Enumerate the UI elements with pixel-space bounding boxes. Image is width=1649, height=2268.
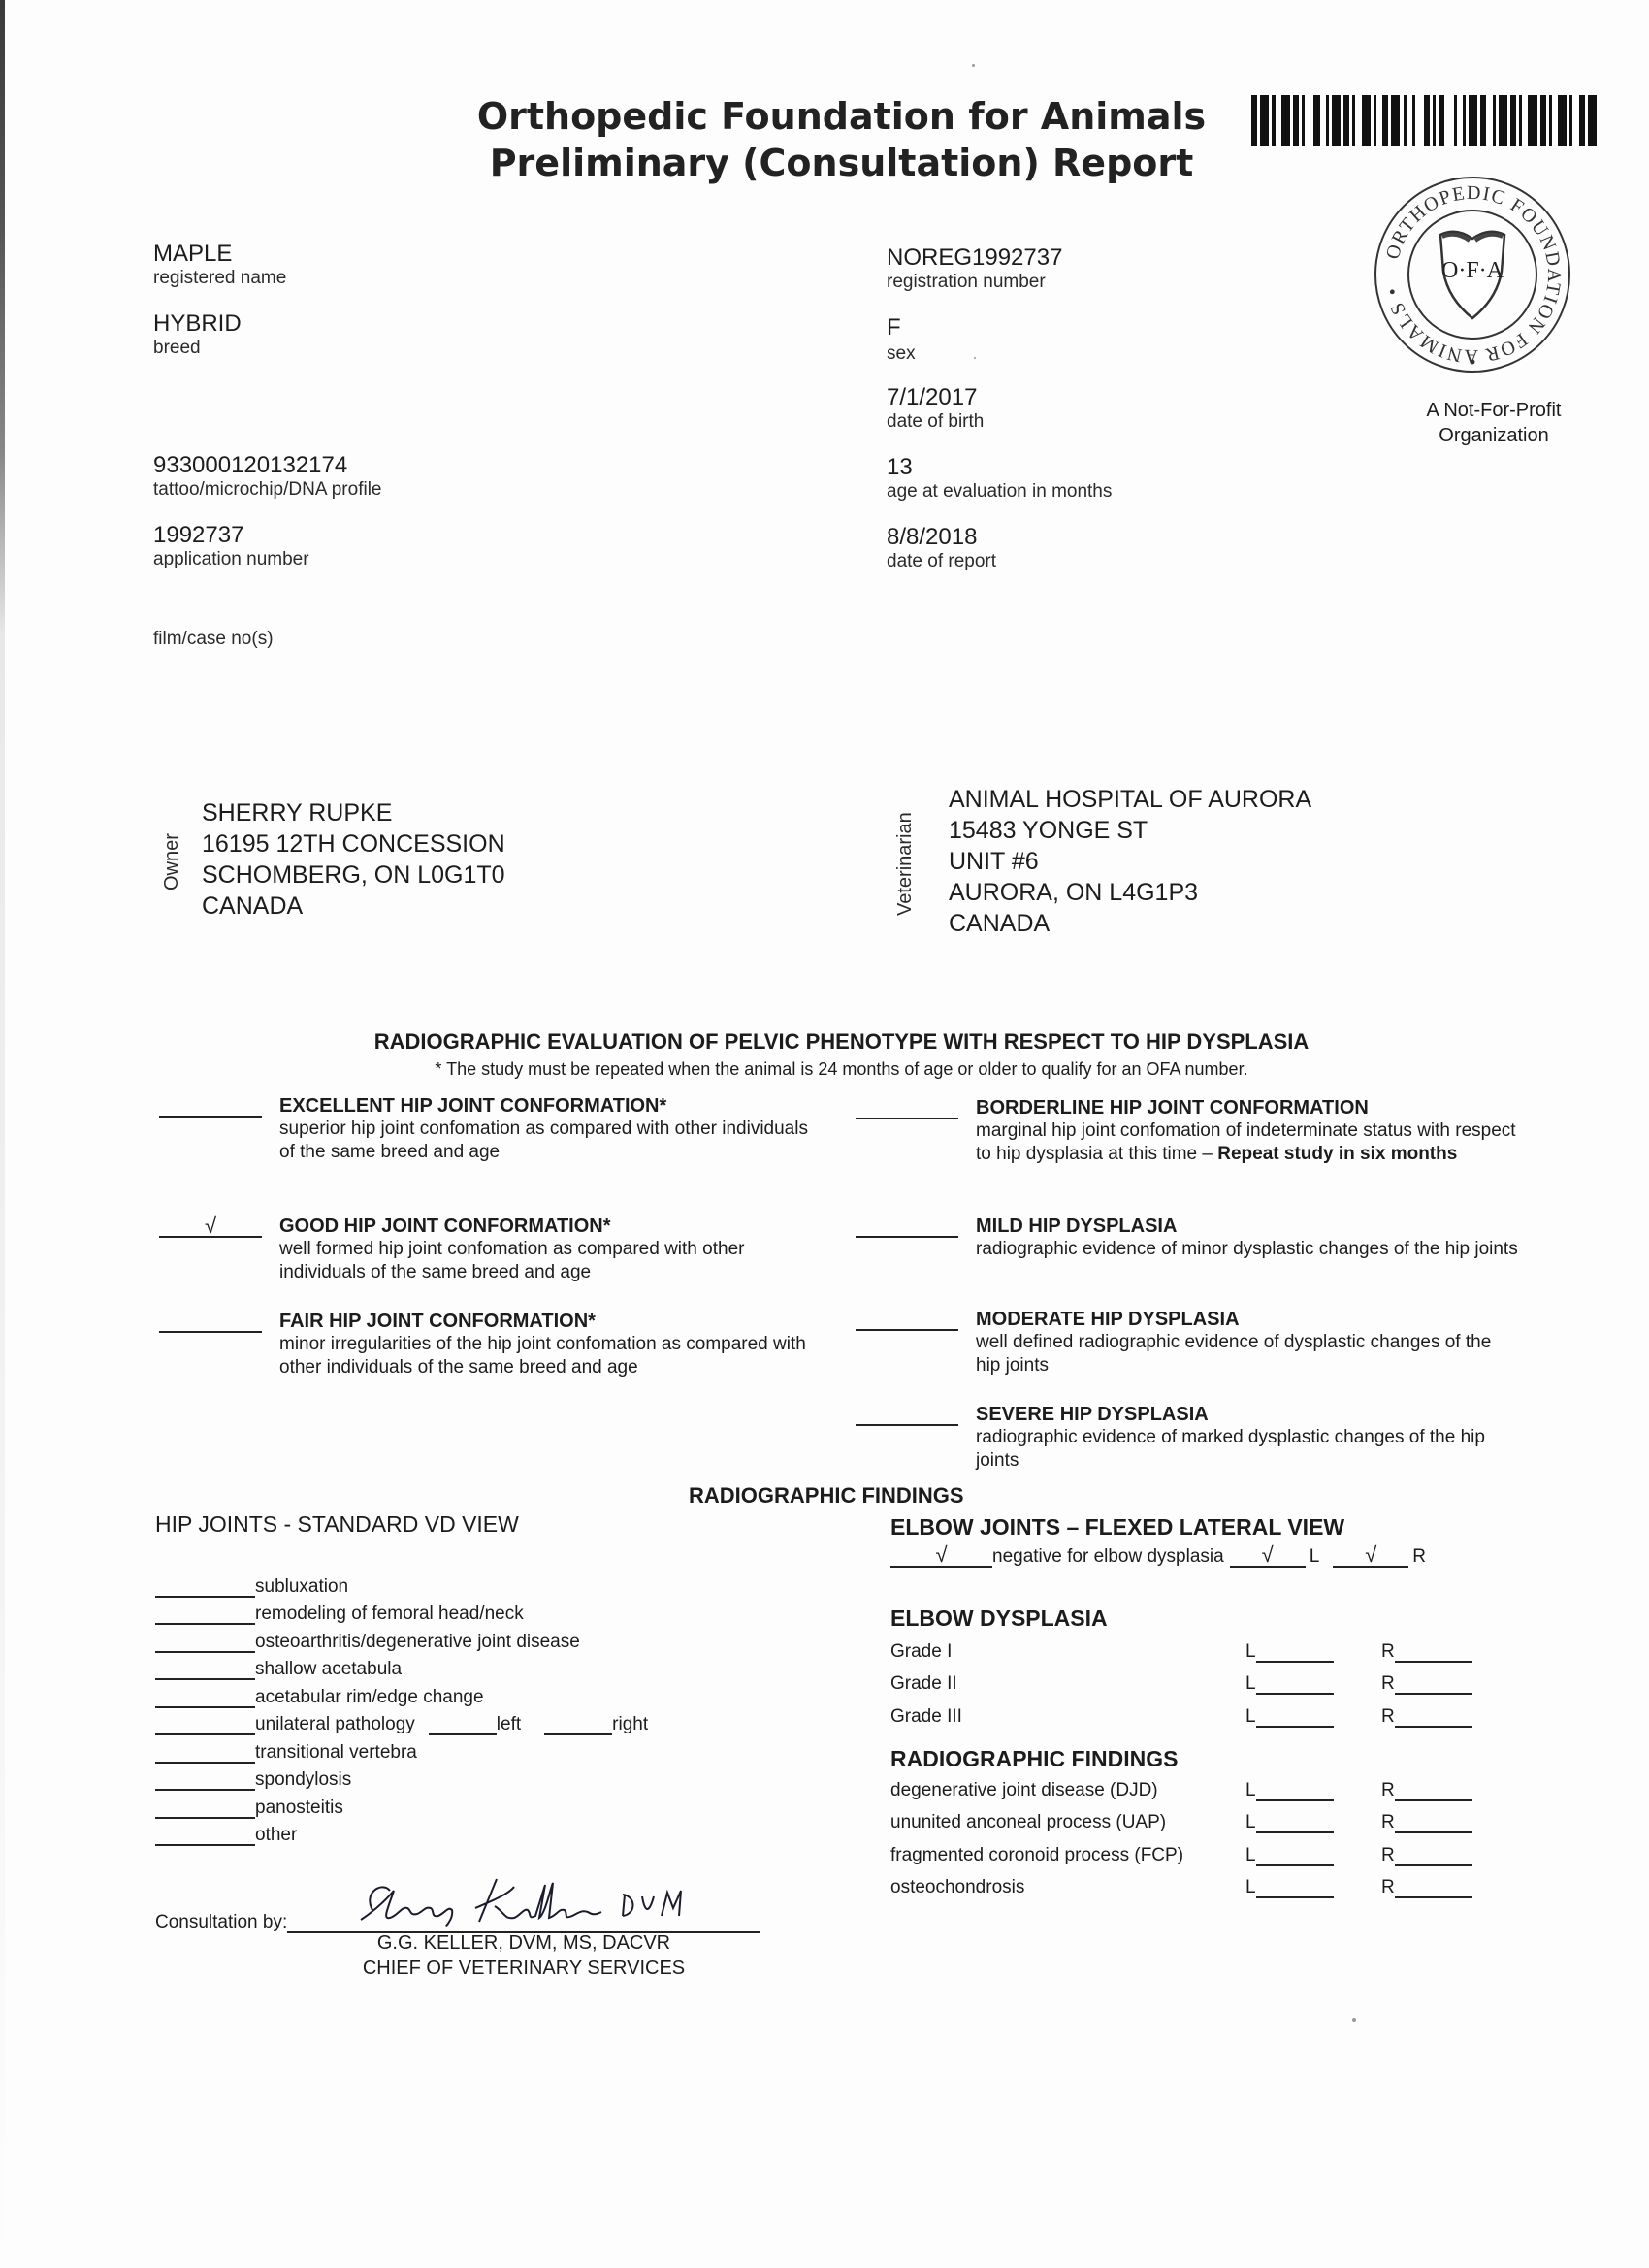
vet-address-line-1: ANIMAL HOSPITAL OF AURORA: [949, 784, 1311, 815]
signer-name: G.G. KELLER, DVM, MS, DACVR: [291, 1930, 757, 1956]
grade-checkbox[interactable]: [159, 1312, 262, 1333]
date-of-report-value: 8/8/2018: [887, 524, 996, 551]
grade-option: √GOOD HIP JOINT CONFORMATION*well formed…: [279, 1215, 823, 1284]
elbow-finding-l-group: L: [1245, 1810, 1381, 1833]
grade-description: well defined radiographic evidence of dy…: [976, 1331, 1519, 1377]
registration-number-label: registration number: [887, 272, 1062, 293]
elbow-dysplasia-heading: ELBOW DYSPLASIA: [890, 1605, 1108, 1632]
grade-checkbox[interactable]: [159, 1096, 262, 1118]
elbow-findings-table: degenerative joint disease (DJD)LRununit…: [890, 1768, 1472, 1898]
consultation-block: Consultation by:: [155, 1887, 760, 1933]
side-label: L: [1245, 1673, 1256, 1695]
elbow-grade-label: Grade I: [890, 1641, 1245, 1663]
elbow-grade-l-blank[interactable]: [1256, 1639, 1334, 1663]
hip-finding-row: subluxation: [155, 1570, 648, 1598]
registered-name-label: registered name: [153, 268, 286, 289]
sex-field: F sex: [887, 314, 916, 365]
elbow-finding-row: ununited anconeal process (UAP)LR: [890, 1801, 1472, 1834]
hip-finding-row: osteoarthritis/degenerative joint diseas…: [155, 1625, 648, 1653]
signer-block: G.G. KELLER, DVM, MS, DACVR CHIEF OF VET…: [291, 1930, 757, 1981]
grade-title: FAIR HIP JOINT CONFORMATION*: [279, 1310, 823, 1333]
elbow-finding-r-blank[interactable]: [1395, 1843, 1472, 1866]
signature-icon: [334, 1873, 702, 1935]
hip-finding-row: panosteitis: [155, 1791, 648, 1819]
elbow-finding-r-group: R: [1381, 1875, 1472, 1898]
left-label: L: [1309, 1546, 1320, 1568]
hip-finding-row: acetabular rim/edge change: [155, 1680, 648, 1708]
elbow-finding-l-group: L: [1245, 1778, 1381, 1801]
findings-heading: RADIOGRAPHIC FINDINGS: [689, 1483, 964, 1508]
elbow-finding-label: degenerative joint disease (DJD): [890, 1780, 1245, 1801]
hip-finding-label: subluxation: [255, 1576, 348, 1598]
application-number-label: application number: [153, 549, 309, 570]
grade-option: EXCELLENT HIP JOINT CONFORMATION*superio…: [279, 1094, 823, 1164]
grade-checkbox[interactable]: √: [159, 1216, 262, 1238]
veterinarian-address: ANIMAL HOSPITAL OF AURORA15483 YONGE STU…: [949, 784, 1311, 939]
age-value: 13: [887, 454, 1112, 481]
grade-option: FAIR HIP JOINT CONFORMATION*minor irregu…: [279, 1310, 823, 1379]
grade-checkbox[interactable]: [856, 1310, 958, 1331]
elbow-finding-l-blank[interactable]: [1256, 1843, 1334, 1866]
elbow-grade-r-blank[interactable]: [1395, 1671, 1472, 1695]
registration-number-value: NOREG1992737: [887, 244, 1062, 272]
negative-elbow-checkbox[interactable]: √: [890, 1544, 992, 1568]
vet-address-line-4: AURORA, ON L4G1P3: [949, 877, 1311, 908]
registered-name-field: MAPLE registered name: [153, 241, 286, 289]
nfp-line-1: A Not-For-Profit: [1397, 398, 1591, 423]
hip-finding-label: transitional vertebra: [255, 1742, 417, 1764]
evaluation-heading: RADIOGRAPHIC EVALUATION OF PELVIC PHENOT…: [0, 1029, 1649, 1054]
elbow-grade-r-group: R: [1381, 1704, 1472, 1728]
breed-field: HYBRID breed: [153, 310, 242, 359]
vet-address-line-5: CANADA: [949, 908, 1311, 939]
registered-name-value: MAPLE: [153, 241, 286, 268]
side-label: R: [1381, 1845, 1395, 1866]
elbow-grade-l-group: L: [1245, 1671, 1381, 1695]
elbow-grade-l-blank[interactable]: [1256, 1671, 1334, 1695]
hip-finding-row: shallow acetabula: [155, 1653, 648, 1681]
elbow-finding-r-group: R: [1381, 1778, 1472, 1801]
side-label: L: [1245, 1706, 1256, 1728]
hip-finding-blank[interactable]: [155, 1574, 255, 1598]
owner-label: Owner: [161, 833, 183, 891]
hip-finding-blank[interactable]: [155, 1602, 255, 1625]
elbow-finding-label: fragmented coronoid process (FCP): [890, 1845, 1245, 1866]
elbow-finding-r-blank[interactable]: [1395, 1778, 1472, 1801]
hip-finding-row: transitional vertebra: [155, 1735, 648, 1764]
grade-checkbox[interactable]: [856, 1098, 958, 1119]
side-label: L: [1245, 1877, 1256, 1898]
date-of-birth-field: 7/1/2017 date of birth: [887, 384, 984, 433]
owner-address: SHERRY RUPKE16195 12TH CONCESSIONSCHOMBE…: [202, 797, 505, 922]
date-of-report-label: date of report: [887, 551, 996, 572]
elbow-grade-r-blank[interactable]: [1395, 1704, 1472, 1728]
registration-number-field: NOREG1992737 registration number: [887, 244, 1062, 293]
elbow-grade-l-blank[interactable]: [1256, 1704, 1334, 1728]
elbow-finding-r-blank[interactable]: [1395, 1810, 1472, 1833]
hip-finding-blank[interactable]: [155, 1657, 255, 1680]
elbow-finding-r-blank[interactable]: [1395, 1875, 1472, 1898]
nfp-line-2: Organization: [1397, 423, 1591, 448]
signature-line: [287, 1887, 760, 1933]
elbow-grade-l-group: L: [1245, 1639, 1381, 1663]
unilateral-right-blank[interactable]: [544, 1712, 612, 1735]
elbow-grade-label: Grade II: [890, 1673, 1245, 1695]
hip-finding-blank[interactable]: [155, 1823, 255, 1846]
negative-left-checkbox[interactable]: √: [1230, 1544, 1306, 1568]
elbow-finding-l-blank[interactable]: [1256, 1875, 1334, 1898]
negative-right-checkbox[interactable]: √: [1333, 1544, 1408, 1568]
application-number-value: 1992737: [153, 522, 309, 549]
veterinarian-label: Veterinarian: [894, 812, 917, 916]
hip-finding-label: spondylosis: [255, 1769, 351, 1791]
application-number-field: 1992737 application number: [153, 522, 309, 570]
side-label: R: [1381, 1706, 1395, 1728]
side-label: R: [1381, 1877, 1395, 1898]
hip-finding-label: acetabular rim/edge change: [255, 1687, 484, 1708]
grade-title: SEVERE HIP DYSPLASIA: [976, 1403, 1519, 1426]
grade-description: radiographic evidence of marked dysplast…: [976, 1426, 1519, 1473]
hip-finding-label: osteoarthritis/degenerative joint diseas…: [255, 1632, 580, 1653]
grade-title: MILD HIP DYSPLASIA: [976, 1215, 1519, 1238]
film-case-label: film/case no(s): [153, 629, 274, 650]
unilateral-right-label: right: [612, 1714, 648, 1735]
elbow-grade-row: Grade IILR: [890, 1663, 1472, 1696]
elbow-grade-row: Grade ILR: [890, 1630, 1472, 1663]
negative-elbow-label: negative for elbow dysplasia: [992, 1546, 1224, 1568]
grade-description: superior hip joint confomation as compar…: [279, 1118, 823, 1164]
signer-title: CHIEF OF VETERINARY SERVICES: [291, 1956, 757, 1981]
hip-finding-blank[interactable]: [155, 1740, 255, 1764]
hip-finding-row: spondylosis: [155, 1764, 648, 1792]
unilateral-left-blank[interactable]: [429, 1712, 497, 1735]
scan-edge-shadow: [0, 0, 5, 2268]
elbow-grade-r-blank[interactable]: [1395, 1639, 1472, 1663]
elbow-grade-r-group: R: [1381, 1671, 1472, 1695]
elbow-finding-r-group: R: [1381, 1810, 1472, 1833]
side-label: R: [1381, 1780, 1395, 1801]
owner-address-line-1: SHERRY RUPKE: [202, 797, 505, 828]
elbow-grade-row: Grade IIILR: [890, 1695, 1472, 1728]
ofa-seal-icon: ORTHOPEDIC FOUNDATION FOR ANIMALS • O·F·…: [1373, 175, 1572, 374]
grade-option: MODERATE HIP DYSPLASIAwell defined radio…: [976, 1308, 1519, 1377]
barcode-icon: [1251, 95, 1600, 146]
grade-description: minor irregularities of the hip joint co…: [279, 1333, 823, 1379]
scan-speck: [974, 357, 976, 359]
scan-speck: [1352, 2018, 1356, 2022]
side-label: R: [1381, 1641, 1395, 1663]
elbow-finding-l-group: L: [1245, 1875, 1381, 1898]
date-of-report-field: 8/8/2018 date of report: [887, 524, 996, 572]
right-label: R: [1412, 1546, 1426, 1568]
side-label: R: [1381, 1812, 1395, 1833]
owner-address-line-2: 16195 12TH CONCESSION: [202, 828, 505, 859]
unilateral-left-label: left: [497, 1714, 521, 1735]
elbow-finding-row: degenerative joint disease (DJD)LR: [890, 1768, 1472, 1801]
side-label: L: [1245, 1780, 1256, 1801]
hip-finding-blank[interactable]: [155, 1685, 255, 1708]
microchip-label: tattoo/microchip/DNA profile: [153, 479, 382, 501]
microchip-value: 933000120132174: [153, 452, 382, 479]
hip-finding-label: unilateral pathology: [255, 1714, 415, 1735]
hip-finding-row: remodeling of femoral head/neck: [155, 1598, 648, 1626]
grade-title: EXCELLENT HIP JOINT CONFORMATION*: [279, 1094, 823, 1118]
grade-title: BORDERLINE HIP JOINT CONFORMATION: [976, 1096, 1519, 1119]
vet-address-line-3: UNIT #6: [949, 846, 1311, 877]
hip-finding-blank[interactable]: [155, 1767, 255, 1791]
hip-finding-blank[interactable]: [155, 1796, 255, 1819]
consultation-label: Consultation by:: [155, 1912, 287, 1933]
elbow-grade-r-group: R: [1381, 1639, 1472, 1663]
scan-speck: [972, 64, 975, 67]
grade-description: well formed hip joint confomation as com…: [279, 1238, 823, 1284]
age-field: 13 age at evaluation in months: [887, 454, 1112, 502]
grade-title: MODERATE HIP DYSPLASIA: [976, 1308, 1519, 1331]
hip-findings-list: subluxationremodeling of femoral head/ne…: [155, 1570, 648, 1846]
evaluation-note: * The study must be repeated when the an…: [0, 1059, 1649, 1080]
elbow-joints-heading: ELBOW JOINTS – FLEXED LATERAL VIEW: [890, 1514, 1344, 1540]
date-of-birth-value: 7/1/2017: [887, 384, 984, 411]
svg-text:O·F·A: O·F·A: [1441, 258, 1504, 283]
side-label: L: [1245, 1812, 1256, 1833]
elbow-finding-row: osteochondrosisLR: [890, 1866, 1472, 1899]
hip-finding-blank[interactable]: [155, 1712, 255, 1735]
grade-checkbox[interactable]: [856, 1216, 958, 1238]
breed-label: breed: [153, 338, 242, 359]
hip-finding-label: remodeling of femoral head/neck: [255, 1604, 524, 1625]
hip-finding-row: unilateral pathologyleftright: [155, 1708, 648, 1736]
grade-description: radiographic evidence of minor dysplasti…: [976, 1238, 1519, 1261]
hip-finding-row: other: [155, 1819, 648, 1847]
breed-value: HYBRID: [153, 310, 242, 338]
side-label: L: [1245, 1845, 1256, 1866]
elbow-grade-table: Grade ILRGrade IILRGrade IIILR: [890, 1630, 1472, 1728]
hip-finding-label: shallow acetabula: [255, 1659, 402, 1680]
side-label: L: [1245, 1641, 1256, 1663]
elbow-finding-l-blank[interactable]: [1256, 1810, 1334, 1833]
elbow-finding-row: fragmented coronoid process (FCP)LR: [890, 1833, 1472, 1866]
owner-address-line-3: SCHOMBERG, ON L0G1T0: [202, 859, 505, 891]
not-for-profit-label: A Not-For-Profit Organization: [1397, 398, 1591, 448]
hip-finding-blank[interactable]: [155, 1630, 255, 1653]
elbow-finding-l-group: L: [1245, 1843, 1381, 1866]
date-of-birth-label: date of birth: [887, 411, 984, 433]
side-label: R: [1381, 1673, 1395, 1695]
elbow-finding-l-blank[interactable]: [1256, 1778, 1334, 1801]
elbow-finding-label: osteochondrosis: [890, 1877, 1245, 1898]
age-label: age at evaluation in months: [887, 481, 1112, 502]
grade-title: GOOD HIP JOINT CONFORMATION*: [279, 1215, 823, 1238]
owner-address-line-4: CANADA: [202, 891, 505, 922]
negative-elbow-row: √ negative for elbow dysplasia √ L √ R: [890, 1544, 1426, 1568]
grade-description: marginal hip joint confomation of indete…: [976, 1119, 1519, 1166]
sex-label: sex: [887, 343, 916, 365]
elbow-grade-l-group: L: [1245, 1704, 1381, 1728]
microchip-field: 933000120132174 tattoo/microchip/DNA pro…: [153, 452, 382, 501]
elbow-grade-label: Grade III: [890, 1706, 1245, 1728]
vet-address-line-2: 15483 YONGE ST: [949, 815, 1311, 846]
grade-option: MILD HIP DYSPLASIAradiographic evidence …: [976, 1215, 1519, 1261]
grade-option: SEVERE HIP DYSPLASIAradiographic evidenc…: [976, 1403, 1519, 1473]
elbow-finding-r-group: R: [1381, 1843, 1472, 1866]
hip-finding-label: panosteitis: [255, 1798, 343, 1819]
grade-option: BORDERLINE HIP JOINT CONFORMATIONmargina…: [976, 1096, 1519, 1166]
elbow-finding-label: ununited anconeal process (UAP): [890, 1812, 1245, 1833]
hip-finding-label: other: [255, 1825, 297, 1846]
sex-value: F: [887, 314, 916, 341]
grade-checkbox[interactable]: [856, 1405, 958, 1426]
hip-joints-heading: HIP JOINTS - STANDARD VD VIEW: [155, 1511, 519, 1538]
